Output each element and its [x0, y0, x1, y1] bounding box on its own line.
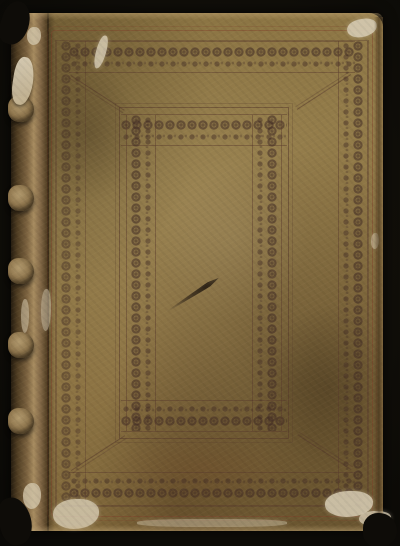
book-cover-photo — [11, 13, 383, 531]
spine-paper-label — [9, 56, 36, 107]
front-cover — [49, 13, 383, 531]
photo-stage — [0, 0, 400, 546]
spine-raised-band — [8, 332, 34, 358]
board-bottom-edge-highlight — [11, 525, 383, 531]
spine-wear-fragment — [23, 483, 41, 509]
spine-wear-fragment — [27, 27, 41, 45]
spine-raised-band — [8, 185, 34, 211]
spine-raised-band — [8, 408, 34, 434]
ornament-band-bottom — [69, 472, 355, 506]
worn-corner-notch — [363, 513, 397, 546]
spine-raised-band — [8, 258, 34, 284]
board-top-edge-highlight — [11, 13, 383, 20]
ornament-band-right — [338, 41, 368, 506]
spine-wear-fragment — [21, 299, 29, 333]
book-spine — [11, 13, 49, 531]
panel-band-left — [126, 115, 156, 431]
wear-fleck-left-hinge — [41, 289, 51, 331]
ornament-band-top — [69, 41, 355, 73]
ornament-band-left — [56, 41, 86, 506]
panel-band-right — [252, 115, 282, 431]
inner-panel-frame — [119, 107, 289, 439]
board-fore-edge-shadow — [374, 17, 383, 527]
